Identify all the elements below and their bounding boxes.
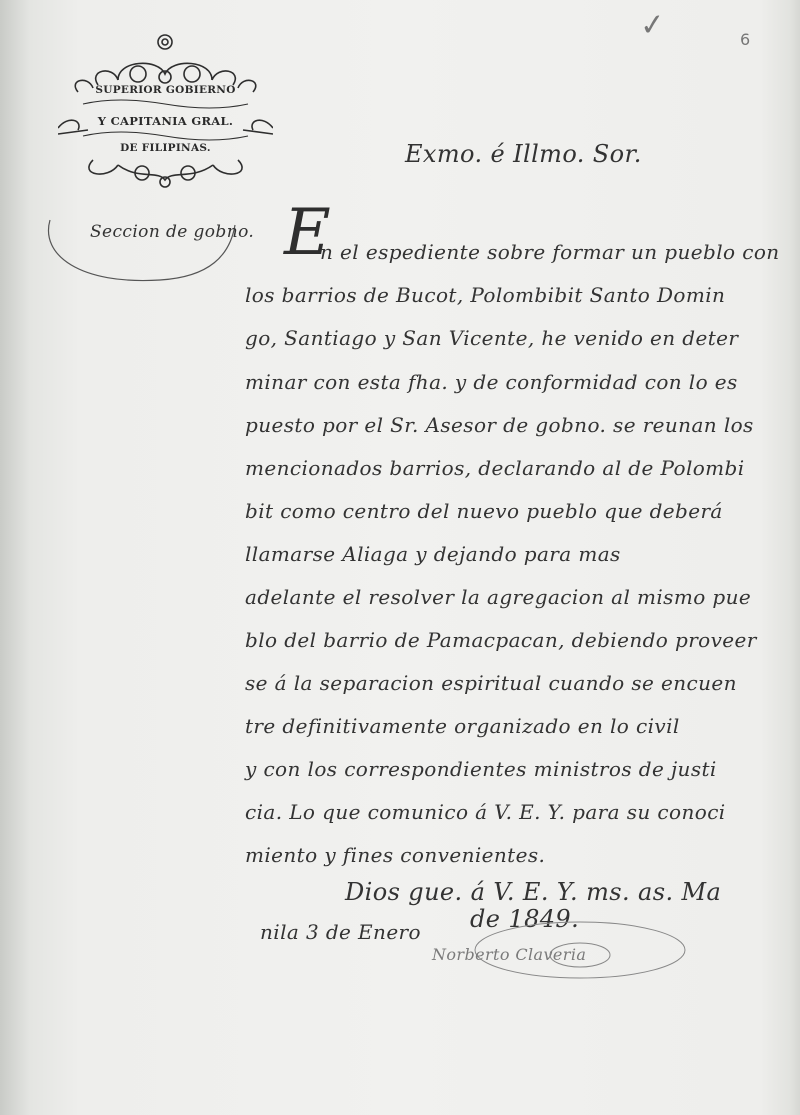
body-line: miento y fines convenientes. [245, 843, 545, 867]
body-line: tre definitivamente organizado en lo civ… [245, 714, 680, 738]
body-line: blo del barrio de Pamacpacan, debiendo p… [245, 628, 757, 652]
body-line: llamarse Aliaga y dejando para mas [245, 542, 621, 566]
signature: Norberto Claveria [432, 945, 586, 964]
letterhead-ornament-icon [58, 30, 273, 190]
closing-line-1: Dios gue. á V. E. Y. ms. as. Ma [345, 878, 721, 906]
closing-year: de 1849. [470, 905, 579, 933]
section-label: Seccion de gobno. [90, 222, 254, 242]
letterhead-line-1: SUPERIOR GOBIERNO [58, 84, 273, 96]
check-mark: ✓ [639, 7, 667, 44]
body-line: los barrios de Bucot, Polombibit Santo D… [245, 283, 725, 307]
body-line: minar con esta fha. y de conformidad con… [245, 370, 738, 394]
page-number: 6 [740, 30, 750, 49]
letterhead-line-2: Y CAPITANIA GRAL. [58, 114, 273, 128]
body-line: se á la separacion espiritual cuando se … [245, 671, 737, 695]
closing-place-date: nila 3 de Enero [260, 920, 421, 944]
document-page: ✓ 6 SUPERIOR GOBIERNO Y CAPITANIA GR [0, 0, 800, 1115]
body-line: mencionados barrios, declarando al de Po… [245, 456, 745, 480]
body-line: bit como centro del nuevo pueblo que deb… [245, 499, 723, 523]
letterhead-line-3: DE FILIPINAS. [58, 142, 273, 154]
body-line: go, Santiago y San Vicente, he venido en… [245, 326, 738, 350]
body-line: adelante el resolver la agregacion al mi… [245, 585, 751, 609]
body-line: y con los correspondientes ministros de … [245, 757, 717, 781]
body-line: cia. Lo que comunico á V. E. Y. para su … [245, 800, 726, 824]
body-line: n el espediente sobre formar un pueblo c… [320, 240, 780, 264]
body-line: puesto por el Sr. Asesor de gobno. se re… [245, 413, 754, 437]
letterhead: SUPERIOR GOBIERNO Y CAPITANIA GRAL. DE F… [58, 30, 273, 190]
salutation: Exmo. é Illmo. Sor. [405, 140, 642, 168]
